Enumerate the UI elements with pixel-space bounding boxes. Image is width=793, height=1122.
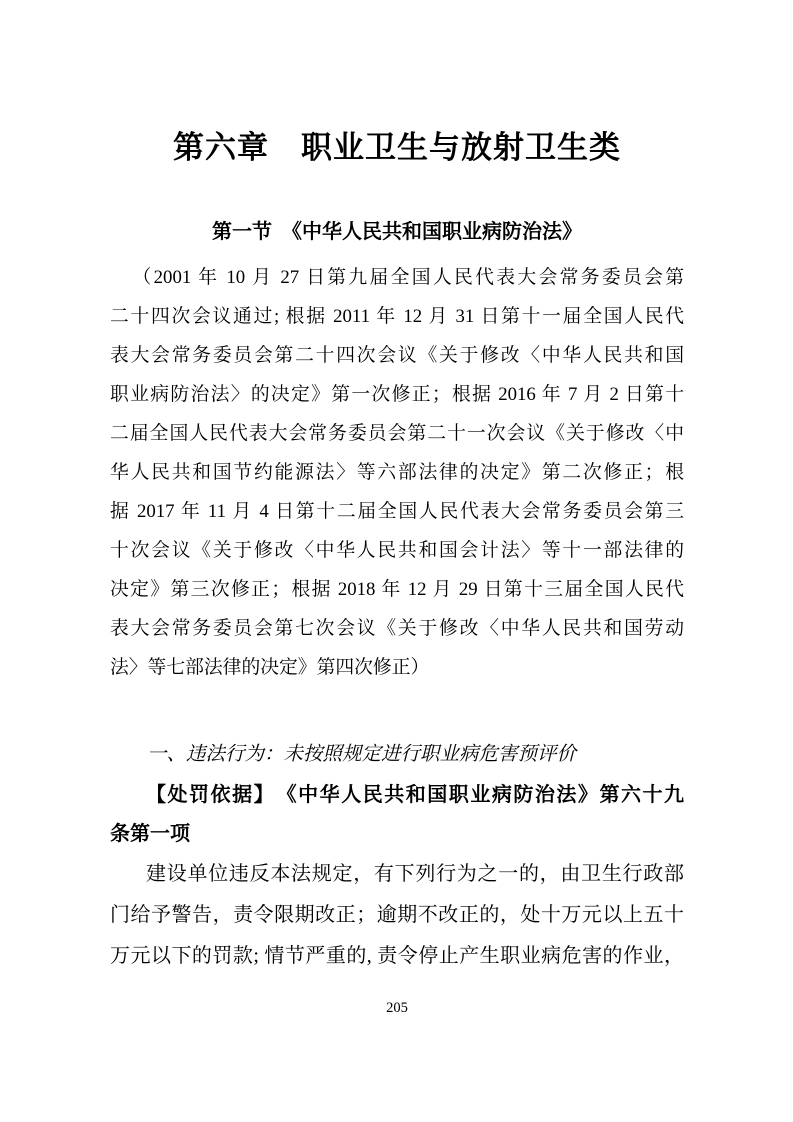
preamble-line: 职业病防治法〉的决定》第一次修正；根据 2016 年 7 月 2 日第十 <box>110 375 684 414</box>
preamble-line: 表大会常务委员会第二十四次会议《关于修改〈中华人民共和国 <box>110 336 684 375</box>
section-heading: 第一节 《中华人民共和国职业病防治法》 <box>110 217 684 247</box>
document-page: 第六章 职业卫生与放射卫生类 第一节 《中华人民共和国职业病防治法》 （2001… <box>0 0 793 1122</box>
penalty-basis-heading: 【处罚依据】 《中华人民共和国职业病防治法》第六十九 条第一项 <box>110 776 684 854</box>
preamble-line: （2001 年 10 月 27 日第九届全国人民代表大会常务委员会第 <box>110 258 684 297</box>
amendment-preamble-paragraph: （2001 年 10 月 27 日第九届全国人民代表大会常务委员会第 二十四次会… <box>110 258 684 687</box>
violation-item-heading: 一、违法行为：未按照规定进行职业病危害预评价 <box>110 735 684 774</box>
preamble-line: 法〉等七部法律的决定》第四次修正） <box>110 648 684 687</box>
preamble-line: 华人民共和国节约能源法〉等六部法律的决定》第二次修正；根 <box>110 453 684 492</box>
preamble-line: 决定》第三次修正；根据 2018 年 12 月 29 日第十三届全国人民代 <box>110 570 684 609</box>
penalty-basis-line: 【处罚依据】 《中华人民共和国职业病防治法》第六十九 <box>110 776 684 815</box>
preamble-line: 表大会常务委员会第七次会议《关于修改〈中华人民共和国劳动 <box>110 609 684 648</box>
statute-body-line: 门给予警告，责令限期改正；逾期不改正的，处十万元以上五十 <box>110 895 684 936</box>
page-number: 205 <box>110 999 684 1017</box>
penalty-basis-line: 条第一项 <box>110 815 684 854</box>
preamble-line: 二届全国人民代表大会常务委员会第二十一次会议《关于修改〈中 <box>110 414 684 453</box>
page-content: 第六章 职业卫生与放射卫生类 第一节 《中华人民共和国职业病防治法》 （2001… <box>110 128 684 1017</box>
chapter-title: 第六章 职业卫生与放射卫生类 <box>110 128 684 168</box>
statute-body-line: 建设单位违反本法规定，有下列行为之一的，由卫生行政部 <box>110 854 684 895</box>
statute-body-paragraph: 建设单位违反本法规定，有下列行为之一的，由卫生行政部 门给予警告，责令限期改正；… <box>110 854 684 977</box>
preamble-line: 二十四次会议通过; 根据 2011 年 12 月 31 日第十一届全国人民代 <box>110 297 684 336</box>
preamble-line: 据 2017 年 11 月 4 日第十二届全国人民代表大会常务委员会第三 <box>110 492 684 531</box>
statute-body-line: 万元以下的罚款; 情节严重的, 责令停止产生职业病危害的作业， <box>110 936 684 977</box>
preamble-line: 十次会议《关于修改〈中华人民共和国会计法〉等十一部法律的 <box>110 531 684 570</box>
